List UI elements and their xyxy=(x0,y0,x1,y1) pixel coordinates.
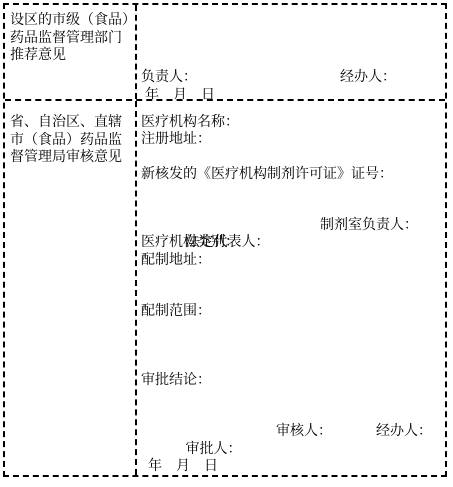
blank-line xyxy=(137,286,445,303)
handler-label: 经办人： xyxy=(376,423,432,440)
recommendation-fill-area: 负责人： 经办人： 年 月 日 xyxy=(137,5,445,99)
handler-label: 经办人： xyxy=(340,66,396,86)
blank-line xyxy=(137,338,445,355)
approval-conclusion-label: 审批结论： xyxy=(137,372,445,389)
date-line: 年 月 日 xyxy=(145,84,215,99)
prep-room-head-label: 制剂室负责人： xyxy=(320,217,418,234)
form-page: 设区的市级（食品）药品监督管理部门推荐意见 负责人： 经办人： 年 月 日 省、… xyxy=(0,0,453,487)
prep-scope-label: 配制范围： xyxy=(137,303,445,320)
representatives-line: 法定代表人： 制剂室负责人： xyxy=(137,217,445,234)
person-in-charge-label: 负责人： xyxy=(141,66,197,86)
blank-line xyxy=(137,269,445,286)
blank-line xyxy=(137,148,445,165)
review-row: 省、自治区、直辖市（食品）药品监督管理局审核意见 医疗机构名称： 注册地址： 新… xyxy=(5,101,445,475)
blank-line xyxy=(137,183,445,200)
blank-line xyxy=(137,389,445,406)
signatures-line: 审批人： 审核人： 经办人： xyxy=(137,423,445,440)
review-section-label: 省、自治区、直辖市（食品）药品监督管理局审核意见 xyxy=(5,101,137,475)
approval-form-table: 设区的市级（食品）药品监督管理部门推荐意见 负责人： 经办人： 年 月 日 省、… xyxy=(3,3,447,477)
registered-address-label: 注册地址： xyxy=(137,131,445,148)
reviewer-label: 审核人： xyxy=(276,423,332,440)
blank-line xyxy=(137,200,445,217)
blank-line xyxy=(137,320,445,337)
org-name-label: 医疗机构名称： xyxy=(137,114,445,131)
review-fill-area: 医疗机构名称： 注册地址： 新核发的《医疗机构制剂许可证》证号： 法定代表人： … xyxy=(137,101,445,475)
org-category-label: 医疗机构类别： xyxy=(137,234,445,251)
blank-line xyxy=(137,355,445,372)
blank-line xyxy=(137,441,445,458)
date-line: 年 月 日 xyxy=(137,458,445,475)
license-no-label: 新核发的《医疗机构制剂许可证》证号： xyxy=(137,166,445,183)
blank-line xyxy=(137,406,445,423)
recommendation-row: 设区的市级（食品）药品监督管理部门推荐意见 负责人： 经办人： 年 月 日 xyxy=(5,5,445,101)
recommendation-section-label: 设区的市级（食品）药品监督管理部门推荐意见 xyxy=(5,5,137,99)
prep-address-label: 配制地址： xyxy=(137,252,445,269)
